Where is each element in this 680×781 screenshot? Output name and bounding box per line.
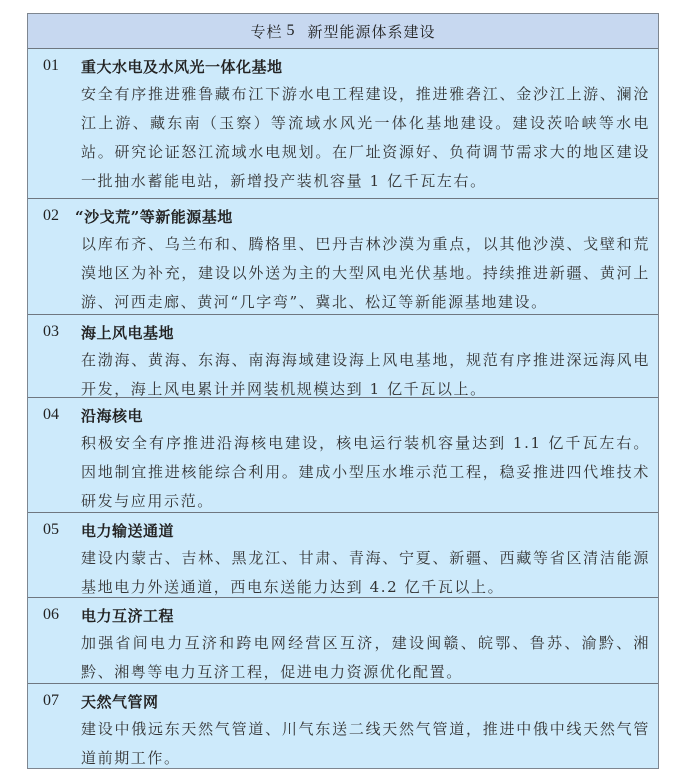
item-row: 06 电力互济工程 加强省间电力互济和跨电网经营区互济，建设闽赣、皖鄂、鲁苏、渝… xyxy=(28,598,658,684)
item-row: 05 电力输送通道 建设内蒙古、吉林、黑龙江、甘肃、青海、宁夏、新疆、西藏等省区… xyxy=(28,513,658,598)
item-row: 02 “沙戈荒”等新能源基地 以库布齐、乌兰布和、腾格里、巴丹吉林沙漠为重点，以… xyxy=(28,199,658,315)
item-number: 06 xyxy=(43,606,59,624)
panel-title: 新型能源体系建设 xyxy=(308,21,436,42)
item-number: 02 xyxy=(43,207,59,225)
item-number: 01 xyxy=(43,57,59,75)
panel-header: 专栏 5 新型能源体系建设 xyxy=(28,14,658,49)
item-title: “沙戈荒”等新能源基地 xyxy=(75,204,650,230)
item-body: 安全有序推进雅鲁藏布江下游水电工程建设，推进雅砻江、金沙江上游、澜沧江上游、藏东… xyxy=(81,80,650,196)
item-row: 01 重大水电及水风光一体化基地 安全有序推进雅鲁藏布江下游水电工程建设，推进雅… xyxy=(28,49,658,199)
item-number: 04 xyxy=(43,406,59,424)
item-row: 03 海上风电基地 在渤海、黄海、东海、南海海域建设海上风电基地，规范有序推进深… xyxy=(28,315,658,398)
item-title: 海上风电基地 xyxy=(81,320,650,346)
item-number: 03 xyxy=(43,323,59,341)
item-body: 建设中俄远东天然气管道、川气东送二线天然气管道，推进中俄中线天然气管道前期工作。 xyxy=(81,715,650,773)
item-row: 04 沿海核电 积极安全有序推进沿海核电建设，核电运行装机容量达到 1.1 亿千… xyxy=(28,398,658,513)
panel-number: 5 xyxy=(287,22,296,40)
item-row: 07 天然气管网 建设中俄远东天然气管道、川气东送二线天然气管道，推进中俄中线天… xyxy=(28,684,658,770)
item-number: 05 xyxy=(43,521,59,539)
feature-box-panel: 专栏 5 新型能源体系建设 01 重大水电及水风光一体化基地 安全有序推进雅鲁藏… xyxy=(27,13,659,769)
item-body: 建设内蒙古、吉林、黑龙江、甘肃、青海、宁夏、新疆、西藏等省区清洁能源基地电力外送… xyxy=(81,544,650,602)
item-title: 沿海核电 xyxy=(81,403,650,429)
item-title: 天然气管网 xyxy=(81,689,650,715)
item-body: 积极安全有序推进沿海核电建设，核电运行装机容量达到 1.1 亿千瓦左右。因地制宜… xyxy=(81,429,650,516)
panel-label: 专栏 xyxy=(250,21,282,42)
item-title: 电力互济工程 xyxy=(81,603,650,629)
item-body: 加强省间电力互济和跨电网经营区互济，建设闽赣、皖鄂、鲁苏、渝黔、湘黔、湘粤等电力… xyxy=(81,629,650,687)
item-title: 重大水电及水风光一体化基地 xyxy=(81,54,650,80)
item-number: 07 xyxy=(43,692,59,710)
item-body: 以库布齐、乌兰布和、腾格里、巴丹吉林沙漠为重点，以其他沙漠、戈壁和荒漠地区为补充… xyxy=(81,230,650,317)
item-body: 在渤海、黄海、东海、南海海域建设海上风电基地，规范有序推进深远海风电开发，海上风… xyxy=(81,346,650,404)
item-title: 电力输送通道 xyxy=(81,518,650,544)
